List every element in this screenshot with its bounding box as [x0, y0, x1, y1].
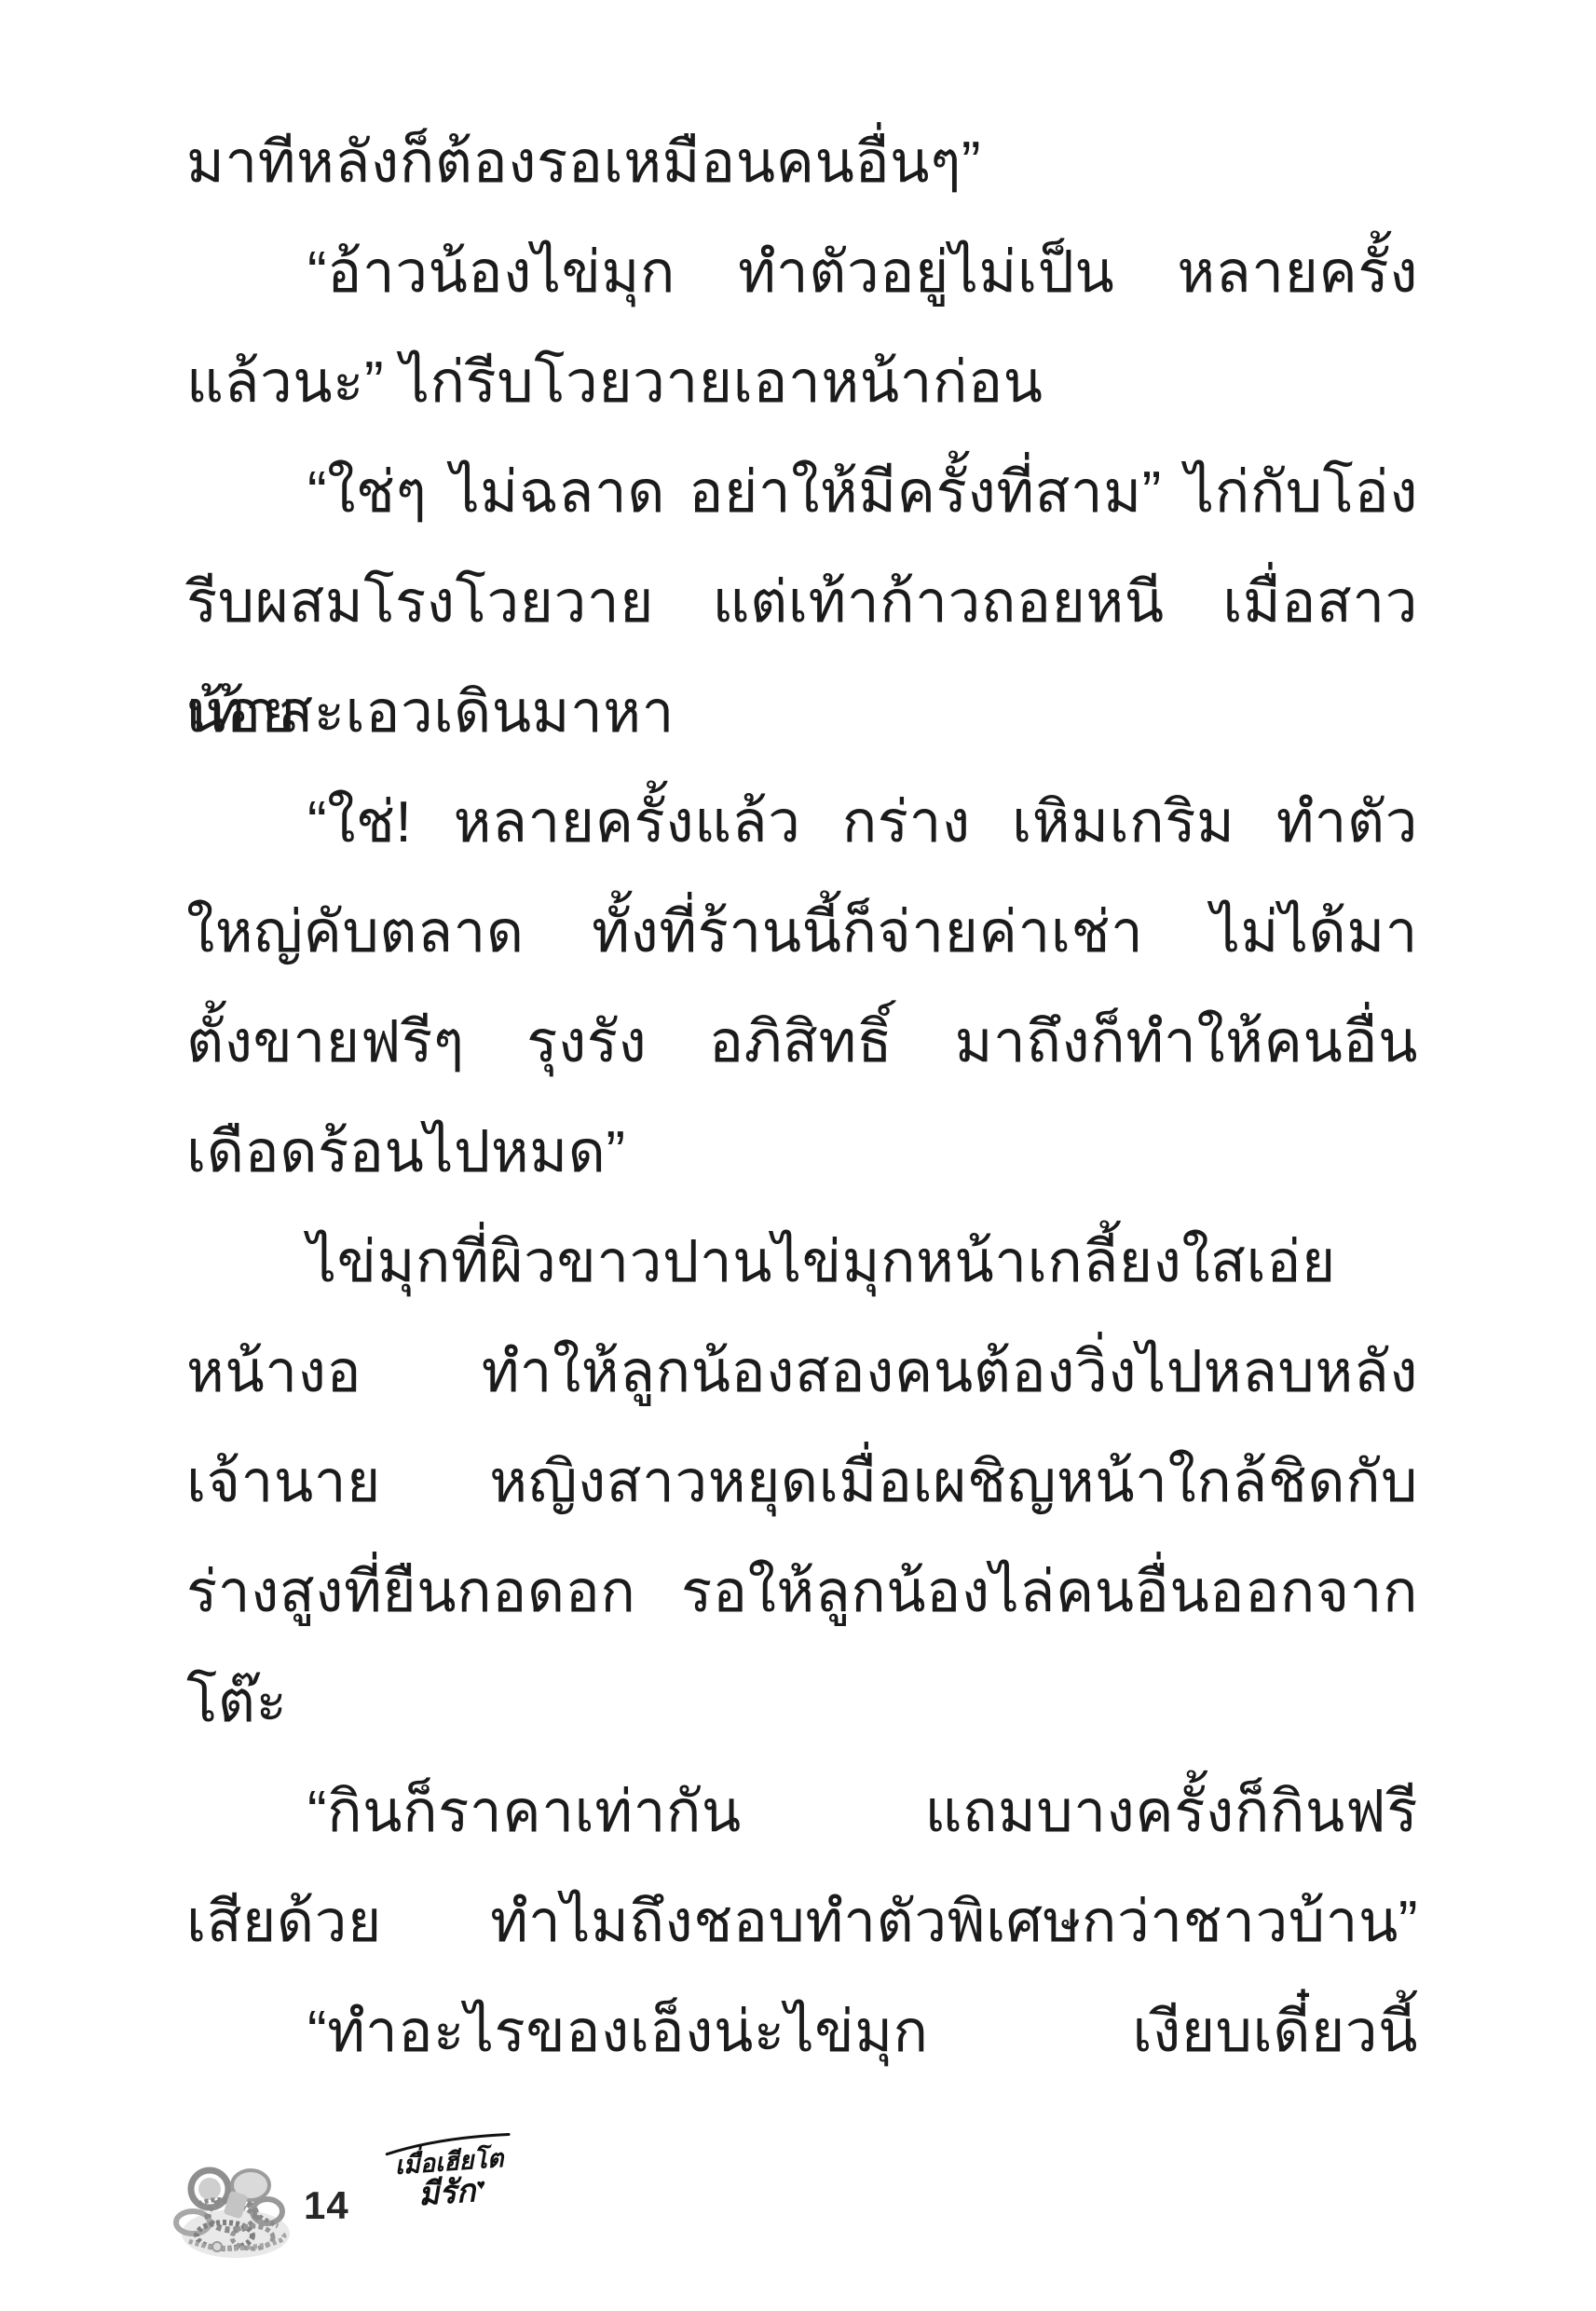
text-line: รีบผสมโรงโวยวาย แต่เท้าก้าวถอยหนี เมื่อส… — [186, 548, 1418, 658]
text-line: ไข่มุกที่ผิวขาวปานไข่มุกหน้าเกลี้ยงใสเอ่… — [186, 1208, 1418, 1318]
page-number: 14 — [304, 2183, 349, 2228]
logo-text-line2: มีรัก♥ — [380, 2171, 523, 2221]
text-line: “กินก็ราคาเท่ากัน แถมบางครั้งก็กินฟรี — [186, 1757, 1418, 1867]
text-line: “ใช่! หลายครั้งแล้ว กร่าง เหิมเกริม ทำตั… — [186, 768, 1418, 878]
text-line: “ใช่ๆ ไม่ฉลาด อย่าให้มีครั้งที่สาม” ไก่ก… — [186, 438, 1418, 548]
page-text: มาทีหลังก็ต้องรอเหมือนคนอื่นๆ” “อ้าวน้อง… — [186, 108, 1418, 2087]
text-line: มาทีหลังก็ต้องรอเหมือนคนอื่นๆ” — [186, 108, 1418, 218]
text-line: “อ้าวน้องไข่มุก ทำตัวอยู่ไม่เป็น หลายครั… — [186, 218, 1418, 328]
book-page: มาทีหลังก็ต้องรอเหมือนคนอื่นๆ” “อ้าวน้อง… — [0, 0, 1596, 2311]
text-line: เดือดร้อนไปหมด” — [186, 1098, 1418, 1208]
text-line: “ทำอะไรของเอ็งน่ะไข่มุก เงียบเดี๋ยวนี้ — [186, 1977, 1418, 2087]
page-footer: 14 เมื่อเฮียโต มีรัก♥ — [0, 2129, 1596, 2278]
jewelry-pile-image — [171, 2157, 299, 2262]
text-line: เจ้านาย หญิงสาวหยุดเมื่อเผชิญหน้าใกล้ชิด… — [186, 1428, 1418, 1538]
text-line: ตั้งขายฟรีๆ รุงรัง อภิสิทธิ์ มาถึงก็ทำให… — [186, 988, 1418, 1098]
text-line: เท้าสะเอวเดินมาหา — [186, 658, 1418, 768]
text-line: ร่างสูงที่ยืนกอดอก รอให้ลูกน้องไล่คนอื่น… — [186, 1538, 1418, 1648]
text-line: ใหญ่คับตลาด ทั้งที่ร้านนี้ก็จ่ายค่าเช่า … — [186, 878, 1418, 988]
text-line: หน้างอ ทำให้ลูกน้องสองคนต้องวิ่งไปหลบหลั… — [186, 1318, 1418, 1428]
text-line: เสียด้วย ทำไมถึงชอบทำตัวพิเศษกว่าชาวบ้าน… — [186, 1867, 1418, 1977]
heart-icon: ♥ — [476, 2177, 486, 2194]
book-title-logo: เมื่อเฮียโต มีรัก♥ — [377, 2130, 523, 2221]
text-line: โต๊ะ — [186, 1648, 1418, 1757]
text-line: แล้วนะ” ไก่รีบโวยวายเอาหน้าก่อน — [186, 328, 1418, 438]
